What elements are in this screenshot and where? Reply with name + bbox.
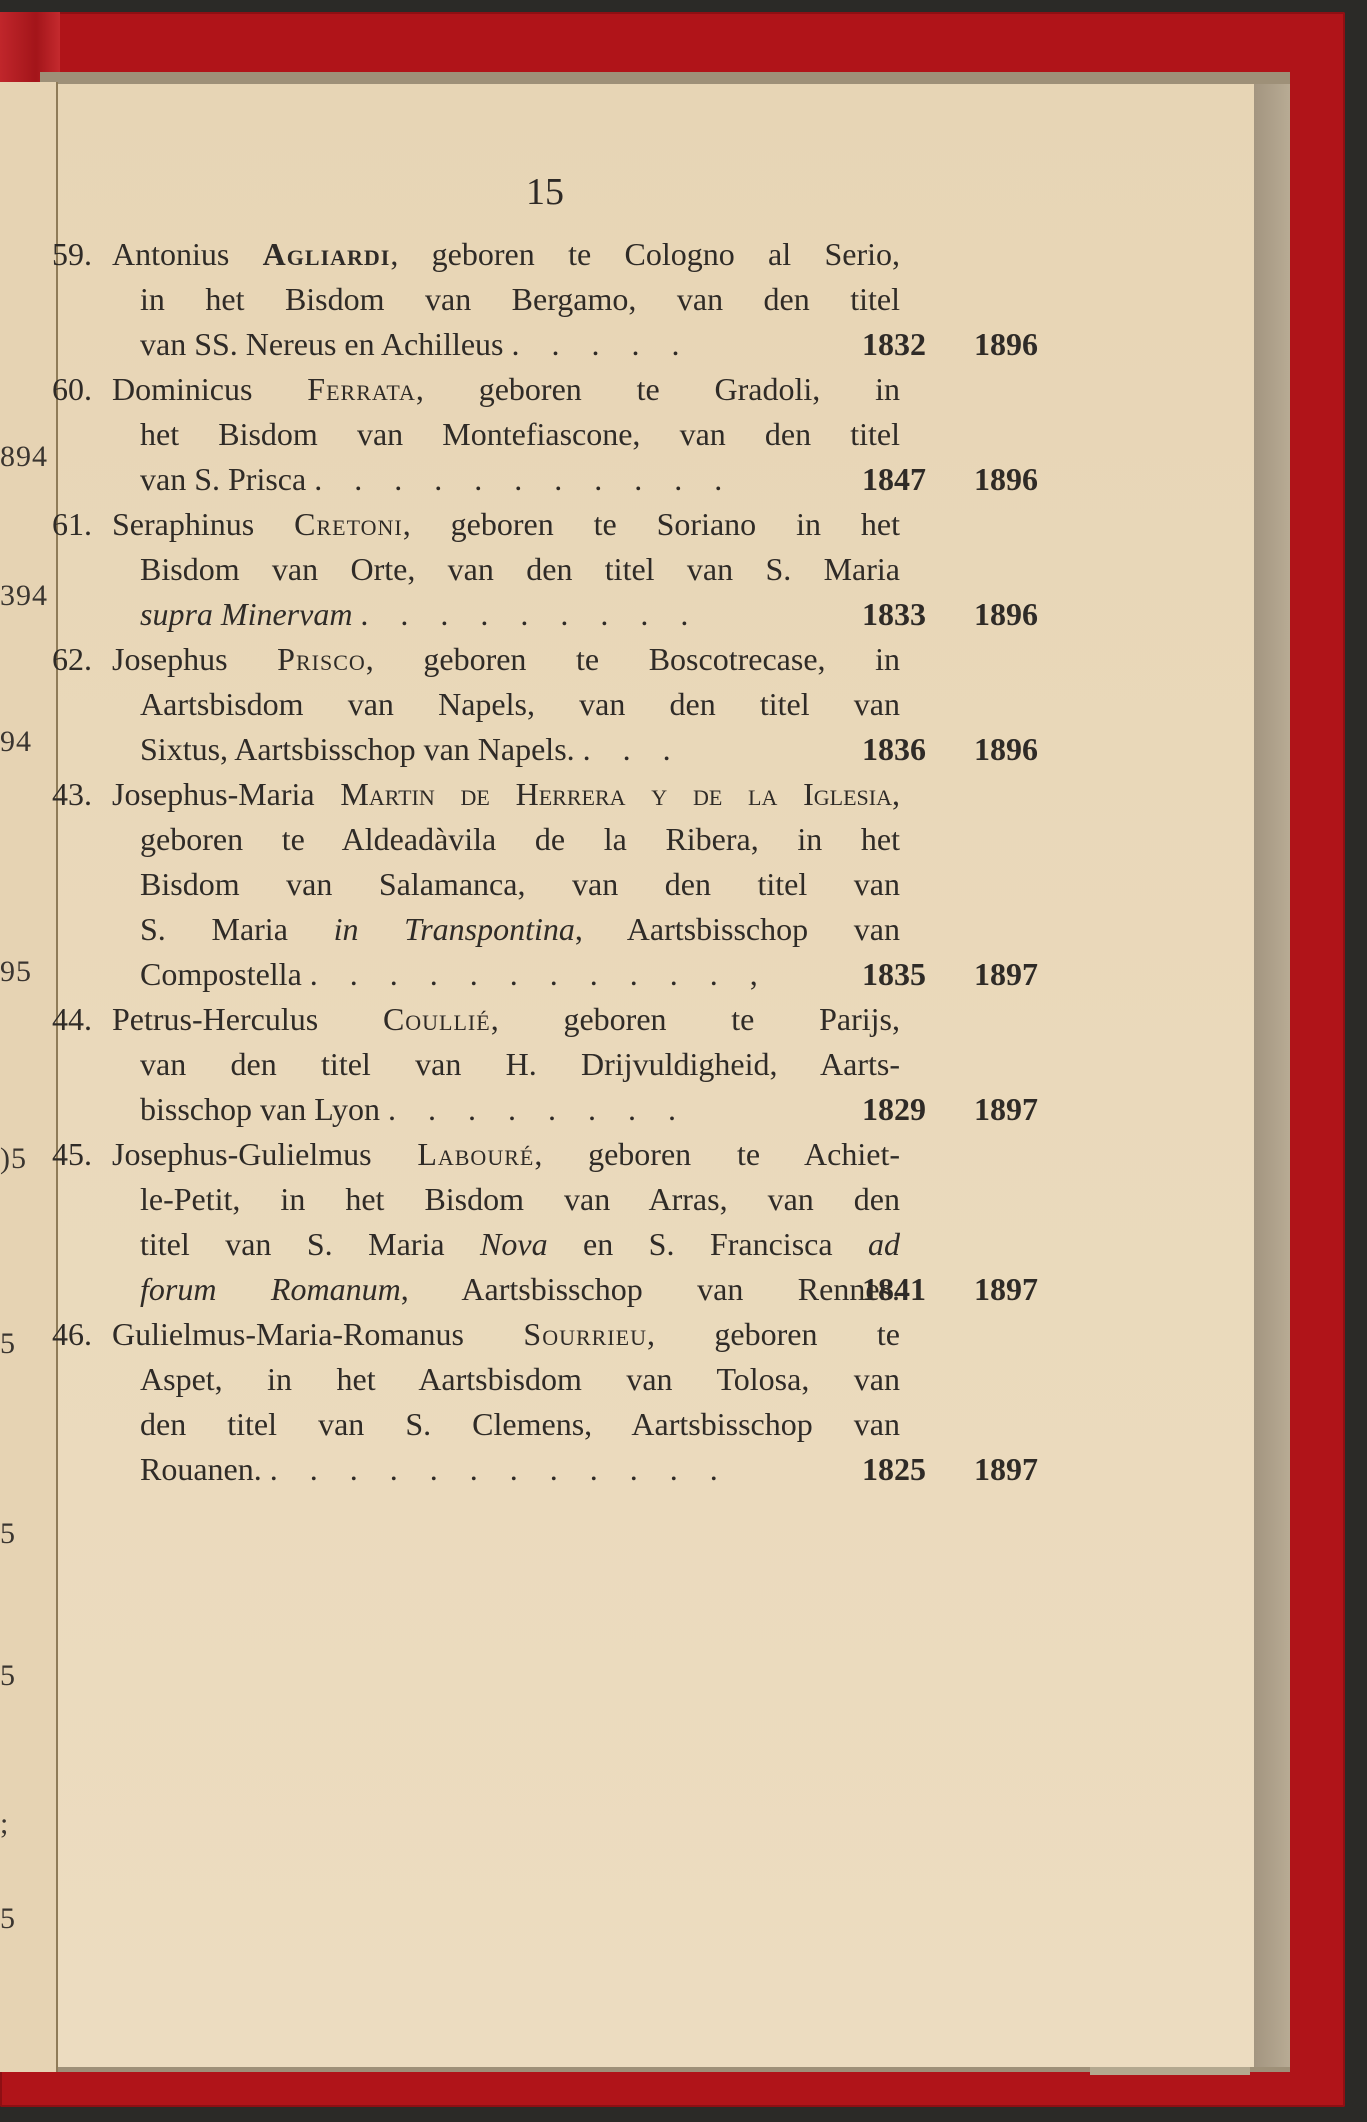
- entry-line: van den titel van H. Drijvuldigheid, Aar…: [140, 1042, 900, 1087]
- entry-first-line: Josephus-Maria Martin de Herrera y de la…: [112, 772, 900, 817]
- page-number: 15: [526, 170, 564, 214]
- cardinal-entry: 62. Josephus Prisco, geboren te Boscotre…: [52, 637, 1052, 772]
- birth-year: 1833: [862, 592, 926, 637]
- entry-line: titel van S. Maria Nova en S. Francisca …: [140, 1222, 900, 1267]
- entry-last-line: Rouanen.. . . . . . . . . . . .: [140, 1447, 900, 1492]
- prev-page-year-fragment: 5: [0, 1327, 16, 1361]
- prev-page-year-fragment: 94: [0, 725, 32, 759]
- leader-dots: . . . . .: [504, 322, 901, 367]
- cardinal-entry: 60. Dominicus Ferrata, geboren te Gradol…: [52, 367, 1052, 502]
- entry-years: 18331896: [862, 592, 1038, 637]
- creation-year: 1897: [974, 952, 1038, 997]
- leader-dots: . . . . . . . . . . . ,: [302, 952, 900, 997]
- previous-page-edge: 894 394 94 95 )5 5 5 5 ; 5: [0, 82, 58, 2072]
- entry-first-line: Seraphinus Cretoni, geboren te Soriano i…: [112, 502, 900, 547]
- creation-year: 1897: [974, 1267, 1038, 1312]
- birth-year: 1825: [862, 1447, 926, 1492]
- cardinal-entry: 44. Petrus-Herculus Coullié, geboren te …: [52, 997, 1052, 1132]
- cardinal-entry: 46. Gulielmus-Maria-Romanus Sourrieu, ge…: [52, 1312, 1052, 1492]
- leader-dots: . . .: [575, 727, 900, 772]
- entry-years: 18361896: [862, 727, 1038, 772]
- entry-years: 18471896: [862, 457, 1038, 502]
- entry-first-line: Josephus Prisco, geboren te Boscotrecase…: [112, 637, 900, 682]
- entry-last-line: supra Minervam. . . . . . . . .: [140, 592, 900, 637]
- birth-year: 1836: [862, 727, 926, 772]
- entry-line: S. Maria in Transpontina, Aartsbisschop …: [140, 907, 900, 952]
- entry-first-line: Dominicus Ferrata, geboren te Gradoli, i…: [112, 367, 900, 412]
- surname: Coullié: [383, 1001, 491, 1037]
- surname: Cretoni: [294, 506, 403, 542]
- entry-first-line: Josephus-Gulielmus Labouré, geboren te A…: [112, 1132, 900, 1177]
- entry-last-line: van S. Prisca. . . . . . . . . . .: [140, 457, 900, 502]
- entry-line: het Bisdom van Montefiascone, van den ti…: [140, 412, 900, 457]
- leader-dots: . . . . . . . .: [380, 1087, 900, 1132]
- entry-years: 18251897: [862, 1447, 1038, 1492]
- birth-year: 1841: [862, 1267, 926, 1312]
- prev-page-year-fragment: 394: [0, 579, 48, 613]
- creation-year: 1896: [974, 592, 1038, 637]
- surname: Martin de Herrera y de la Iglesia: [340, 776, 892, 812]
- entry-years: 18321896: [862, 322, 1038, 367]
- entry-number: 59.: [52, 232, 92, 277]
- entry-line: Bisdom van Orte, van den titel van S. Ma…: [140, 547, 900, 592]
- entry-last-line: van SS. Nereus en Achilleus. . . . .: [140, 322, 900, 367]
- entry-number: 62.: [52, 637, 92, 682]
- creation-year: 1897: [974, 1447, 1038, 1492]
- entry-last-line: Compostella. . . . . . . . . . . ,: [140, 952, 900, 997]
- entry-last-line: Sixtus, Aartsbisschop van Napels.. . .: [140, 727, 900, 772]
- book-page: 15 59. Antonius Agliardi, geboren te Col…: [58, 84, 1254, 2067]
- cardinal-entry: 45. Josephus-Gulielmus Labouré, geboren …: [52, 1132, 1052, 1312]
- creation-year: 1896: [974, 457, 1038, 502]
- leader-dots: . . . . . . . . .: [352, 592, 900, 637]
- prev-page-year-fragment: )5: [0, 1142, 27, 1176]
- prev-page-year-fragment: 5: [0, 1902, 16, 1936]
- prev-page-year-fragment: 5: [0, 1517, 16, 1551]
- entry-number: 46.: [52, 1312, 92, 1357]
- birth-year: 1832: [862, 322, 926, 367]
- leader-dots: . . . . . . . . . . .: [306, 457, 900, 502]
- surname: Ferrata: [307, 371, 416, 407]
- entry-number: 44.: [52, 997, 92, 1042]
- birth-year: 1847: [862, 457, 926, 502]
- entry-line: le-Petit, in het Bisdom van Arras, van d…: [140, 1177, 900, 1222]
- surname: Sourrieu: [523, 1316, 647, 1352]
- birth-year: 1835: [862, 952, 926, 997]
- creation-year: 1897: [974, 1087, 1038, 1132]
- entry-number: 45.: [52, 1132, 92, 1177]
- entry-number: 61.: [52, 502, 92, 547]
- entry-line: geboren te Aldeadàvila de la Ribera, in …: [140, 817, 900, 862]
- entry-last-line: forum Romanum, Aartsbisschop van Rennes.: [140, 1267, 900, 1312]
- entry-first-line: Antonius Agliardi, geboren te Cologno al…: [112, 232, 900, 277]
- entry-number: 60.: [52, 367, 92, 412]
- entry-line: den titel van S. Clemens, Aartsbisschop …: [140, 1402, 900, 1447]
- prev-page-year-fragment: 5: [0, 1659, 16, 1693]
- prev-page-year-fragment: 894: [0, 440, 48, 474]
- birth-year: 1829: [862, 1087, 926, 1132]
- cardinal-entry: 59. Antonius Agliardi, geboren te Cologn…: [52, 232, 1052, 367]
- entry-line: Aartsbisdom van Napels, van den titel va…: [140, 682, 900, 727]
- creation-year: 1896: [974, 727, 1038, 772]
- entry-years: 18291897: [862, 1087, 1038, 1132]
- entry-line: Aspet, in het Aartsbisdom van Tolosa, va…: [140, 1357, 900, 1402]
- entry-line: Bisdom van Salamanca, van den titel van: [140, 862, 900, 907]
- entry-first-line: Gulielmus-Maria-Romanus Sourrieu, gebore…: [112, 1312, 900, 1357]
- cardinal-entry: 43. Josephus-Maria Martin de Herrera y d…: [52, 772, 1052, 997]
- entry-last-line: bisschop van Lyon. . . . . . . .: [140, 1087, 900, 1132]
- entry-years: 18411897: [862, 1267, 1038, 1312]
- entry-line: in het Bisdom van Bergamo, van den titel: [140, 277, 900, 322]
- page-edge-shadow: [1254, 84, 1290, 2067]
- surname: Labouré: [417, 1136, 534, 1172]
- cardinal-entry: 61. Seraphinus Cretoni, geboren te Soria…: [52, 502, 1052, 637]
- entry-first-line: Petrus-Herculus Coullié, geboren te Pari…: [112, 997, 900, 1042]
- creation-year: 1896: [974, 322, 1038, 367]
- prev-page-year-fragment: ;: [0, 1807, 9, 1841]
- leader-dots: . . . . . . . . . . . .: [262, 1447, 900, 1492]
- surname: Prisco: [277, 641, 366, 677]
- entry-number: 43.: [52, 772, 92, 817]
- prev-page-year-fragment: 95: [0, 955, 32, 989]
- surname: Agliardi: [263, 236, 391, 272]
- entry-years: 18351897: [862, 952, 1038, 997]
